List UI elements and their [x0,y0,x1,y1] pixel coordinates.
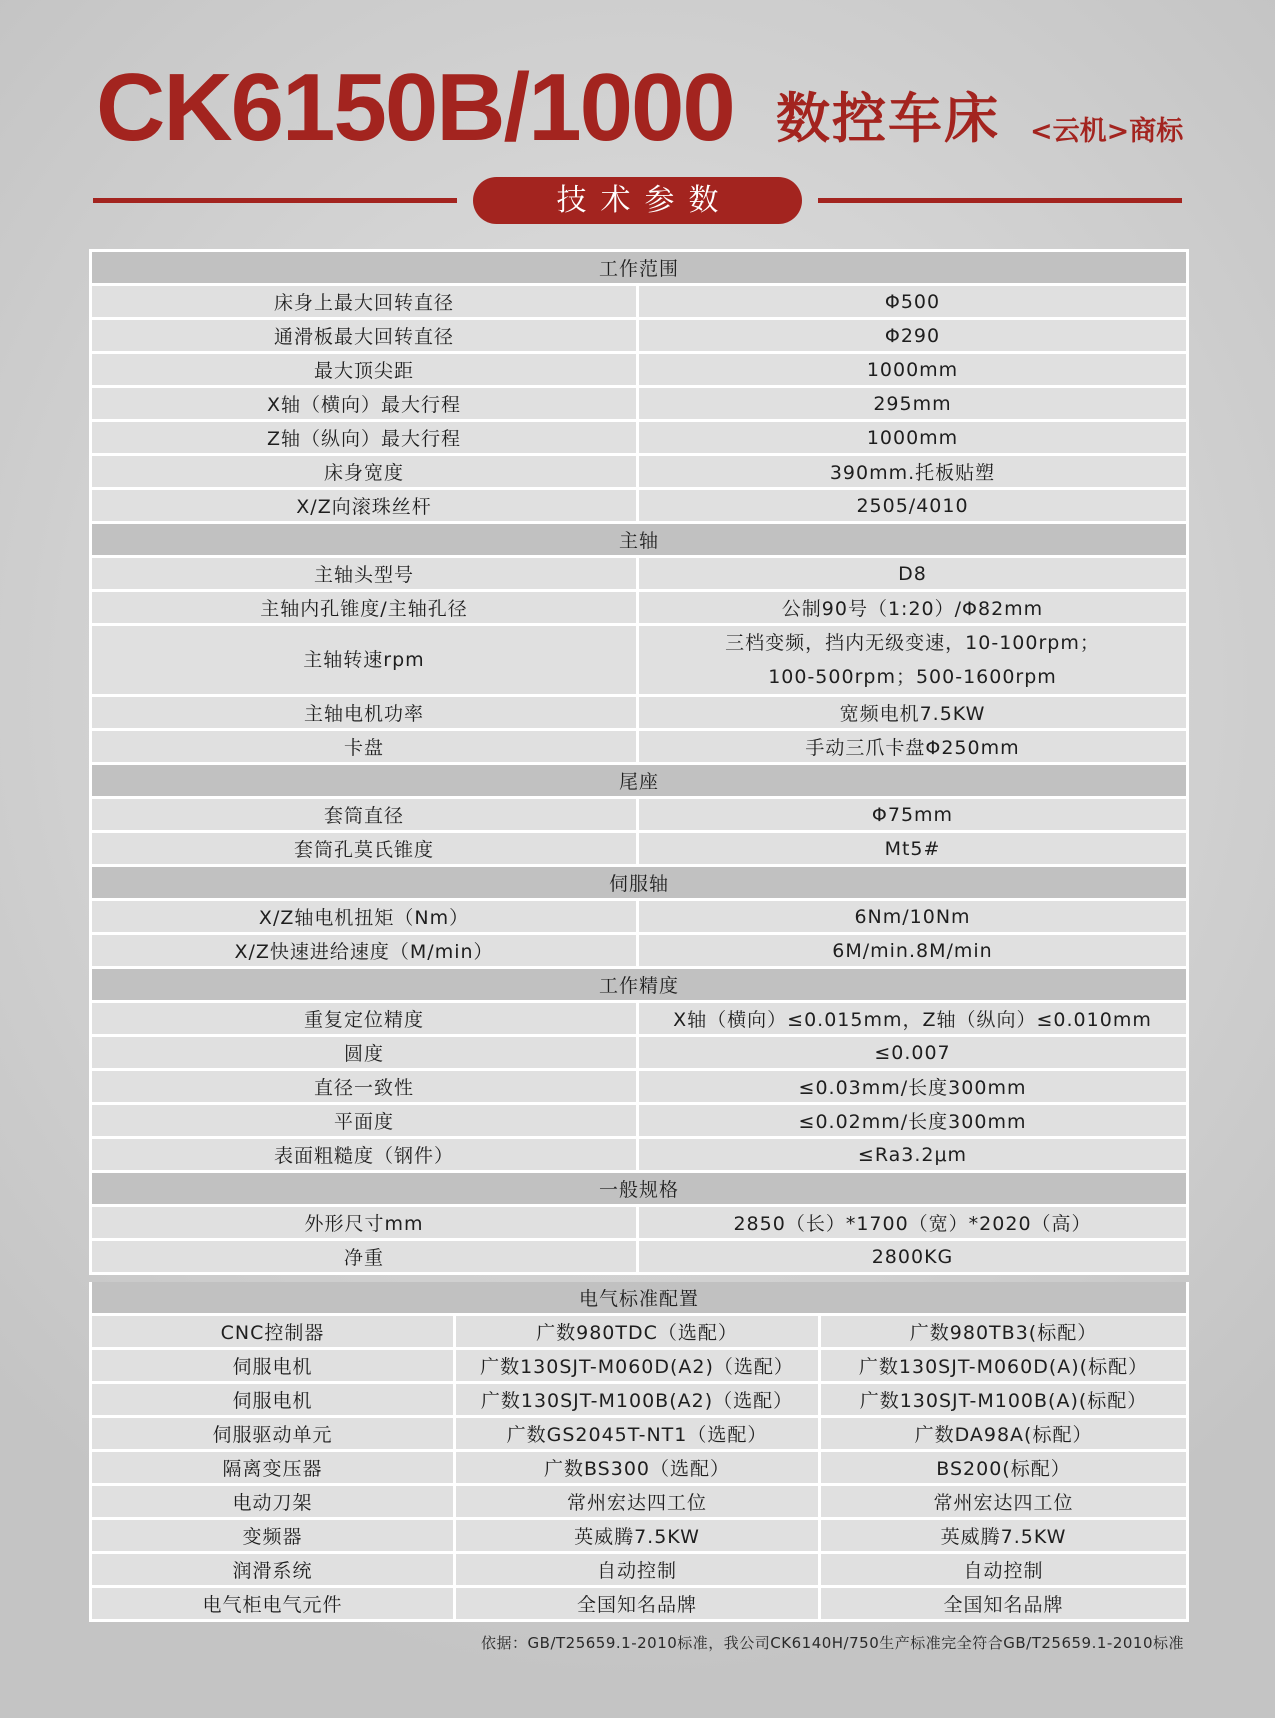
standard-value: 广数980TB3(标配） [821,1316,1186,1350]
table-row: X/Z向滚珠丝杆2505/4010 [92,490,1186,524]
row-label: X/Z快速进给速度（M/min） [92,935,639,969]
row-label: 主轴电机功率 [92,697,639,731]
standard-value: 全国知名品牌 [821,1588,1186,1619]
row-label: 床身宽度 [92,456,639,490]
table-row: 隔离变压器广数BS300（选配）BS200(标配） [92,1452,1186,1486]
table-row: 卡盘手动三爪卡盘Φ250mm [92,731,1186,765]
table-row: CNC控制器广数980TDC（选配）广数980TB3(标配） [92,1316,1186,1350]
table-row: 平面度≤0.02mm/长度300mm [92,1105,1186,1139]
table-row: 电气柜电气元件全国知名品牌全国知名品牌 [92,1588,1186,1619]
electrical-table: 电气标准配置 CNC控制器广数980TDC（选配）广数980TB3(标配） 伺服… [89,1282,1189,1622]
row-value: 6M/min.8M/min [639,935,1186,969]
table-row: 主轴内孔锥度/主轴孔径公制90号（1:20）/Φ82mm [92,592,1186,626]
table-row: 伺服电机广数130SJT-M060D(A2)（选配）广数130SJT-M060D… [92,1350,1186,1384]
row-label: 套筒孔莫氏锥度 [92,833,639,867]
row-value: 1000mm [639,354,1186,388]
row-label: 主轴头型号 [92,558,639,592]
row-label: 隔离变压器 [92,1452,456,1486]
row-label: 表面粗糙度（钢件） [92,1139,639,1173]
row-value: Mt5# [639,833,1186,867]
row-value: 2850（长）*1700（宽）*2020（高） [639,1207,1186,1241]
optional-value: 广数GS2045T-NT1（选配） [456,1418,821,1452]
standard-value: 广数130SJT-M060D(A)(标配） [821,1350,1186,1384]
table-row: 伺服电机广数130SJT-M100B(A2)（选配）广数130SJT-M100B… [92,1384,1186,1418]
row-label: 变频器 [92,1520,456,1554]
row-label: 电气柜电气元件 [92,1588,456,1619]
row-label: X/Z轴电机扭矩（Nm） [92,901,639,935]
row-value: 2800KG [639,1241,1186,1272]
table-row: 变频器英威腾7.5KW英威腾7.5KW [92,1520,1186,1554]
optional-value: 全国知名品牌 [456,1588,821,1619]
optional-value: 广数980TDC（选配） [456,1316,821,1350]
row-label: 通滑板最大回转直径 [92,320,639,354]
row-label: Z轴（纵向）最大行程 [92,422,639,456]
row-label: X轴（横向）最大行程 [92,388,639,422]
section-header: 一般规格 [92,1173,1186,1207]
row-label: 净重 [92,1241,639,1272]
row-label: 伺服电机 [92,1350,456,1384]
standard-value: 广数130SJT-M100B(A)(标配） [821,1384,1186,1418]
row-label: X/Z向滚珠丝杆 [92,490,639,524]
brand-label: <云机>商标 [1030,116,1183,148]
standard-value: BS200(标配） [821,1452,1186,1486]
row-label: 外形尺寸mm [92,1207,639,1241]
row-label: 重复定位精度 [92,1003,639,1037]
table-row: 外形尺寸mm2850（长）*1700（宽）*2020（高） [92,1207,1186,1241]
row-label: 伺服驱动单元 [92,1418,456,1452]
row-value: ≤0.02mm/长度300mm [639,1105,1186,1139]
row-value: 6Nm/10Nm [639,901,1186,935]
table-row: 套筒直径Φ75mm [92,799,1186,833]
value-line-2: 100-500rpm；500-1600rpm [639,660,1186,694]
section-header: 工作范围 [92,252,1186,286]
section-pill: 技术参数 [473,177,802,224]
table-row: 直径一致性≤0.03mm/长度300mm [92,1071,1186,1105]
row-label: 圆度 [92,1037,639,1071]
table-row: X/Z快速进给速度（M/min）6M/min.8M/min [92,935,1186,969]
row-value: Φ75mm [639,799,1186,833]
table-row: 主轴头型号D8 [92,558,1186,592]
optional-value: 自动控制 [456,1554,821,1588]
optional-value: 英威腾7.5KW [456,1520,821,1554]
title-row: CK6150B/1000 数控车床 <云机>商标 [96,58,1196,158]
row-label: 床身上最大回转直径 [92,286,639,320]
row-value: 手动三爪卡盘Φ250mm [639,731,1186,765]
row-value: Φ290 [639,320,1186,354]
row-label: 套筒直径 [92,799,639,833]
row-value: 宽频电机7.5KW [639,697,1186,731]
row-value: ≤0.007 [639,1037,1186,1071]
table-row: 润滑系统自动控制自动控制 [92,1554,1186,1588]
divider-right [818,198,1182,203]
row-value: 1000mm [639,422,1186,456]
section-header: 工作精度 [92,969,1186,1003]
value-line-1: 三档变频，挡内无级变速，10-100rpm； [639,626,1186,660]
row-label: 直径一致性 [92,1071,639,1105]
table-row: 净重2800KG [92,1241,1186,1272]
section-header: 伺服轴 [92,867,1186,901]
standard-value: 广数DA98A(标配） [821,1418,1186,1452]
table-row: X/Z轴电机扭矩（Nm）6Nm/10Nm [92,901,1186,935]
table-row: X轴（横向）最大行程295mm [92,388,1186,422]
table-row: 伺服驱动单元广数GS2045T-NT1（选配）广数DA98A(标配） [92,1418,1186,1452]
row-value-multiline: 三档变频，挡内无级变速，10-100rpm；100-500rpm；500-160… [639,626,1186,697]
table-row: 套筒孔莫氏锥度Mt5# [92,833,1186,867]
row-label: 伺服电机 [92,1384,456,1418]
section-header: 尾座 [92,765,1186,799]
standard-value: 自动控制 [821,1554,1186,1588]
product-title: 数控车床 [776,88,1000,150]
table-row: 主轴转速rpm三档变频，挡内无级变速，10-100rpm；100-500rpm；… [92,626,1186,697]
spec-table: 工作范围 床身上最大回转直径Φ500 通滑板最大回转直径Φ290 最大顶尖距10… [89,249,1189,1275]
row-label: 最大顶尖距 [92,354,639,388]
row-value: 390mm.托板贴塑 [639,456,1186,490]
footer-note: 依据：GB/T25659.1-2010标准，我公司CK6140H/750生产标准… [481,1632,1184,1653]
row-value: Φ500 [639,286,1186,320]
row-value: 公制90号（1:20）/Φ82mm [639,592,1186,626]
divider-left [93,198,457,203]
table-row: 床身宽度390mm.托板贴塑 [92,456,1186,490]
row-value: 295mm [639,388,1186,422]
standard-value: 英威腾7.5KW [821,1520,1186,1554]
row-label: 主轴转速rpm [92,626,639,697]
standard-value: 常州宏达四工位 [821,1486,1186,1520]
optional-value: 广数130SJT-M100B(A2)（选配） [456,1384,821,1418]
row-label: 润滑系统 [92,1554,456,1588]
row-value: ≤Ra3.2μm [639,1139,1186,1173]
section-header: 主轴 [92,524,1186,558]
model-title: CK6150B/1000 [96,58,734,158]
table-row: 表面粗糙度（钢件）≤Ra3.2μm [92,1139,1186,1173]
row-value: 2505/4010 [639,490,1186,524]
table-row: 主轴电机功率宽频电机7.5KW [92,697,1186,731]
table-row: 通滑板最大回转直径Φ290 [92,320,1186,354]
row-value: X轴（横向）≤0.015mm，Z轴（纵向）≤0.010mm [639,1003,1186,1037]
row-value: D8 [639,558,1186,592]
table-row: 最大顶尖距1000mm [92,354,1186,388]
optional-value: 广数BS300（选配） [456,1452,821,1486]
table-row: Z轴（纵向）最大行程1000mm [92,422,1186,456]
row-label: CNC控制器 [92,1316,456,1350]
row-label: 电动刀架 [92,1486,456,1520]
optional-value: 常州宏达四工位 [456,1486,821,1520]
table-row: 重复定位精度X轴（横向）≤0.015mm，Z轴（纵向）≤0.010mm [92,1003,1186,1037]
table-row: 床身上最大回转直径Φ500 [92,286,1186,320]
row-label: 主轴内孔锥度/主轴孔径 [92,592,639,626]
table-row: 电动刀架常州宏达四工位常州宏达四工位 [92,1486,1186,1520]
row-label: 平面度 [92,1105,639,1139]
optional-value: 广数130SJT-M060D(A2)（选配） [456,1350,821,1384]
table-row: 圆度≤0.007 [92,1037,1186,1071]
row-value: ≤0.03mm/长度300mm [639,1071,1186,1105]
row-label: 卡盘 [92,731,639,765]
section-header: 电气标准配置 [92,1282,1186,1316]
